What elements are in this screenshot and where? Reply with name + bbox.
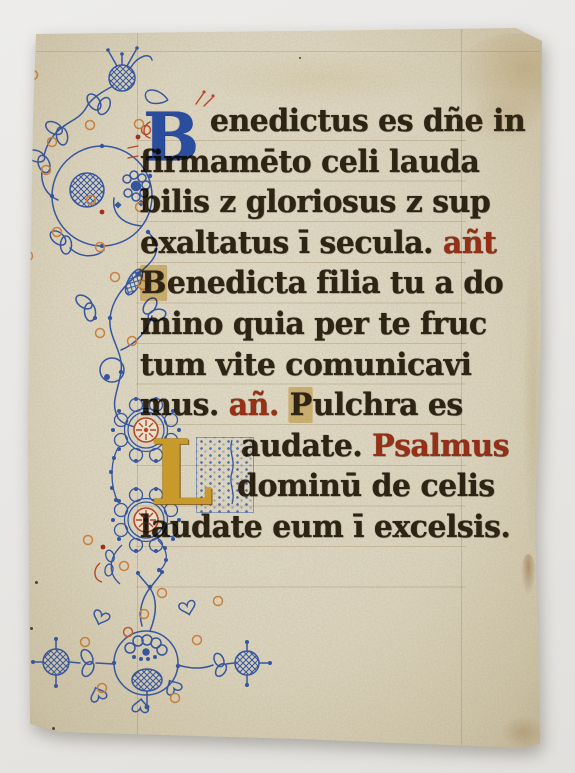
leaf-shadow-wrap: L B enedictus es dñe infirmamēto celi la…	[0, 0, 575, 773]
manuscript-leaf: L B enedictus es dñe infirmamēto celi la…	[0, 0, 575, 773]
parchment-vignette	[0, 0, 575, 773]
photo-backdrop: L B enedictus es dñe infirmamēto celi la…	[0, 0, 575, 773]
